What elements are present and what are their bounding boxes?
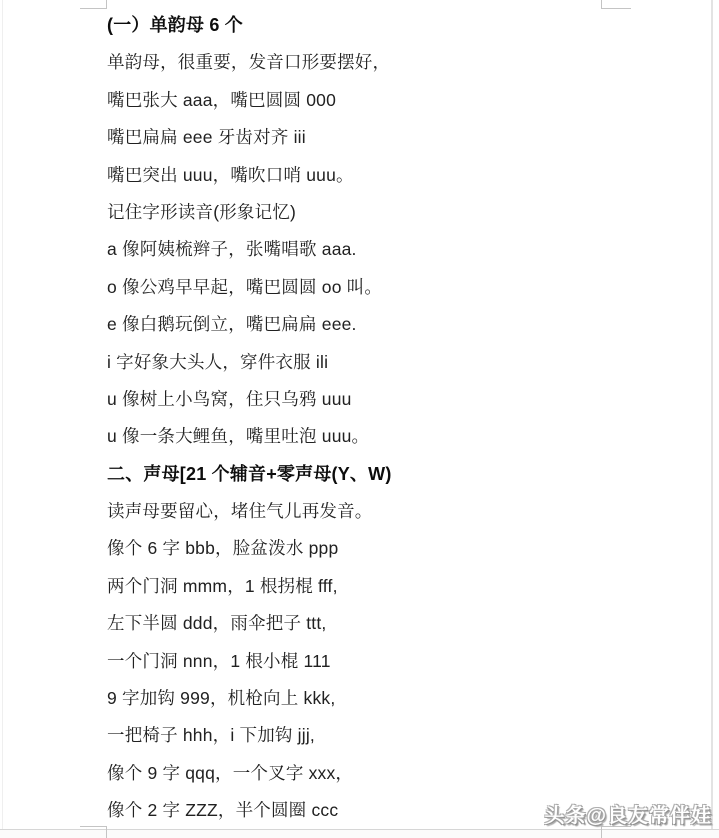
page-edge-left xyxy=(2,0,3,830)
toutiao-watermark: 头条@良友常伴娃 xyxy=(544,799,712,828)
page-edge-right xyxy=(711,0,713,830)
text-line: i 字好象大头人，穿件衣服 ili xyxy=(107,344,607,381)
text-line: 左下半圆 ddd，雨伞把子 ttt, xyxy=(107,605,607,642)
text-line: 一把椅子 hhh，i 下加钩 jjj, xyxy=(107,717,607,754)
text-line: 像个 6 字 bbb，脸盆泼水 ppp xyxy=(107,530,607,567)
text-boundary-mark-top-left xyxy=(80,0,107,9)
text-line: a 像阿姨梳辫子，张嘴唱歌 aaa. xyxy=(107,231,607,268)
text-line: o 像公鸡早早起，嘴巴圆圆 oo 叫。 xyxy=(107,269,607,306)
text-line: e 像白鹅玩倒立，嘴巴扁扁 eee. xyxy=(107,306,607,343)
text-line: 读声母要留心，堵住气儿再发音。 xyxy=(107,493,607,530)
text-line: 单韵母，很重要，发音口形要摆好， xyxy=(107,44,607,81)
text-line: 两个门洞 mmm，1 根拐棍 fff, xyxy=(107,568,607,605)
section-heading-initials: 二、声母[21 个辅音+零声母(Y、W) xyxy=(107,456,607,493)
text-line: 一个门洞 nnn，1 根小棍 111 xyxy=(107,643,607,680)
text-line: 像个 9 字 qqq，一个叉字 xxx， xyxy=(107,755,607,792)
text-line: 嘴巴张大 aaa，嘴巴圆圆 000 xyxy=(107,82,607,119)
text-boundary-mark-bottom-left xyxy=(80,826,107,838)
text-line: u 像一条大鲤鱼，嘴里吐泡 uuu。 xyxy=(107,418,607,455)
document-page: (一）单韵母 6 个 单韵母，很重要，发音口形要摆好， 嘴巴张大 aaa，嘴巴圆… xyxy=(0,0,719,838)
text-line: 9 字加钩 999，机枪向上 kkk, xyxy=(107,680,607,717)
text-line: 记住字形读音(形象记忆) xyxy=(107,194,607,231)
text-line: 嘴巴突出 uuu，嘴吹口哨 uuu。 xyxy=(107,157,607,194)
text-line: 嘴巴扁扁 eee 牙齿对齐 iii xyxy=(107,119,607,156)
text-line: 像个 2 字 ZZZ，半个圆圈 ccc xyxy=(107,792,607,829)
text-line: u 像树上小鸟窝，住只乌鸦 uuu xyxy=(107,381,607,418)
section-heading-vowels: (一）单韵母 6 个 xyxy=(107,7,607,44)
document-body: (一）单韵母 6 个 单韵母，很重要，发音口形要摆好， 嘴巴张大 aaa，嘴巴圆… xyxy=(107,7,607,830)
